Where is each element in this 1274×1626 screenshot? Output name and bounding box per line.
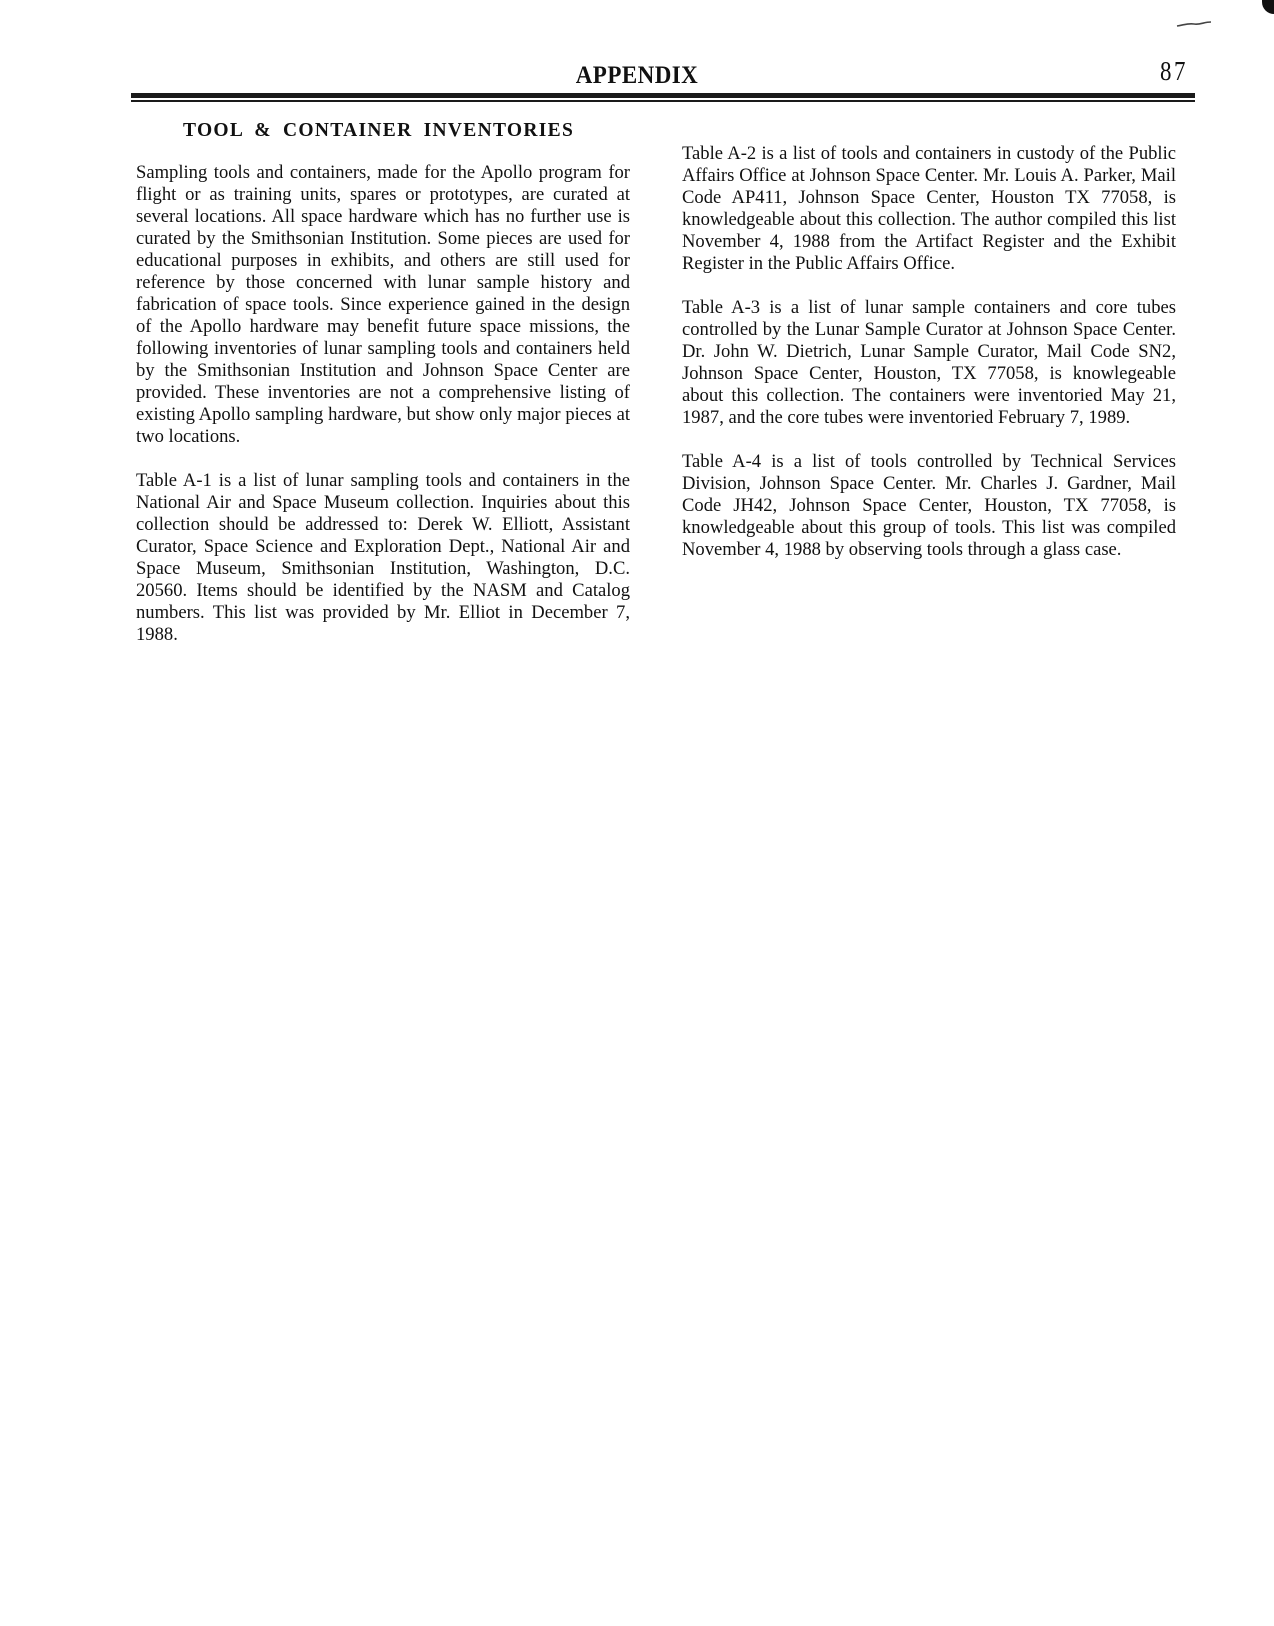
paragraph-table-a1: Table A-1 is a list of lunar sampling to…	[136, 470, 630, 646]
paragraph-table-a3: Table A-3 is a list of lunar sample cont…	[682, 297, 1176, 429]
paragraph-intro: Sampling tools and containers, made for …	[136, 162, 630, 448]
page-number: 87	[1160, 56, 1188, 87]
header-rule-thick	[131, 93, 1195, 98]
scan-corner-shadow	[1262, 0, 1274, 14]
right-column: Table A-2 is a list of tools and contain…	[682, 143, 1176, 583]
page-header-title: APPENDIX	[51, 62, 1223, 90]
paragraph-table-a4: Table A-4 is a list of tools controlled …	[682, 451, 1176, 561]
section-heading: TOOL & CONTAINER INVENTORIES	[183, 120, 630, 142]
header-rule-thin	[131, 100, 1195, 102]
left-column: TOOL & CONTAINER INVENTORIES Sampling to…	[136, 120, 630, 668]
pen-mark-icon	[1176, 21, 1212, 27]
paragraph-table-a2: Table A-2 is a list of tools and contain…	[682, 143, 1176, 275]
